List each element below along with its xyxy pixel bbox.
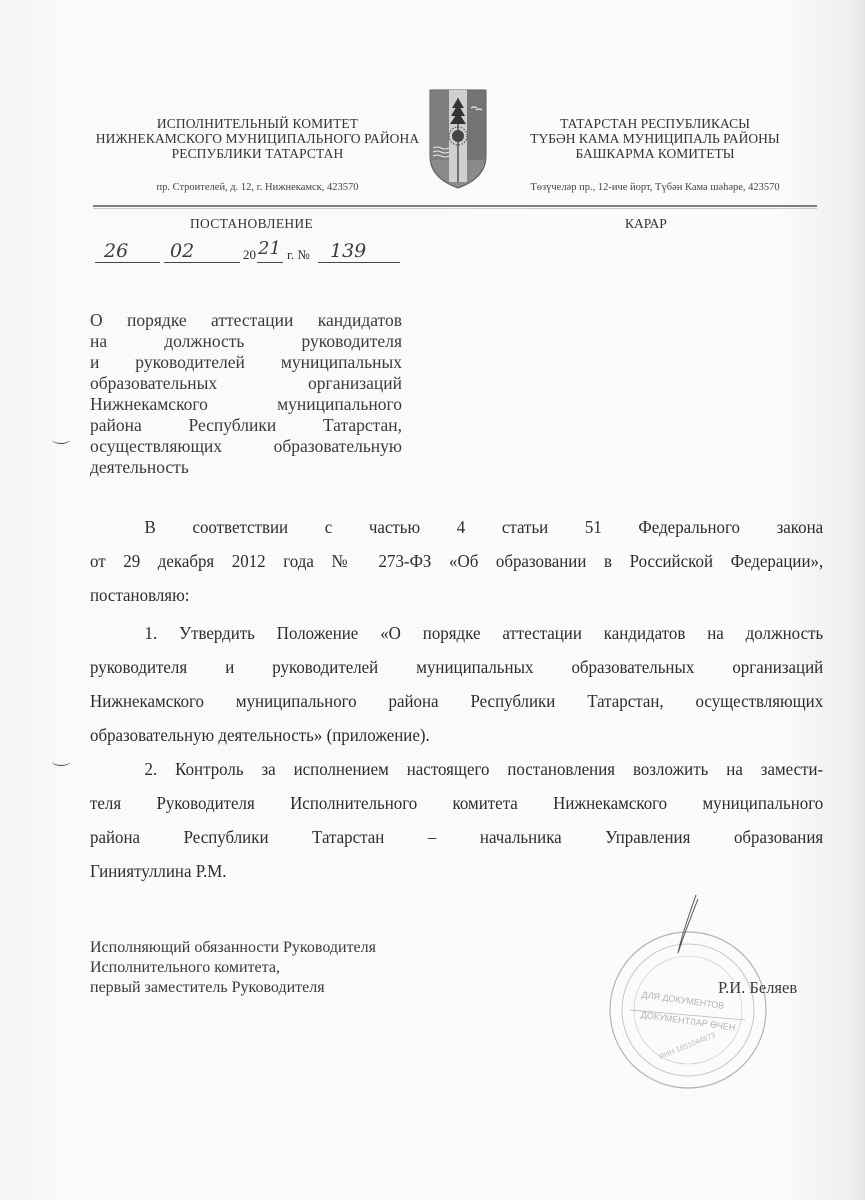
signatory-position: Исполняющий обязанности Руководителя Исп…: [90, 938, 376, 998]
item-line: 2. Контроль за исполнением настоящего по…: [90, 752, 823, 786]
org-line: РЕСПУБЛИКИ ТАТАРСТАН: [95, 146, 420, 161]
svg-text:ДОКУМЕНТЛАР ӨЧЕН: ДОКУМЕНТЛАР ӨЧЕН: [640, 1010, 736, 1033]
header-left-org: ИСПОЛНИТЕЛЬНЫЙ КОМИТЕТ НИЖНЕКАМСКОГО МУН…: [95, 116, 420, 161]
subject-line: О порядке аттестации кандидатов: [90, 310, 402, 331]
item-2: 2. Контроль за исполнением настоящего по…: [90, 752, 779, 888]
item-line: района Республики Татарстан – начальника…: [90, 820, 823, 854]
date-day: 26: [104, 240, 128, 262]
punch-hole-mark: [52, 435, 70, 444]
day-underline: [95, 262, 160, 263]
item-line: образовательную деятельность» (приложени…: [90, 718, 823, 752]
subject-line: района Республики Татарстан,: [90, 415, 402, 436]
doc-type-ru: ПОСТАНОВЛЕНИЕ: [190, 216, 313, 232]
doc-type-tt: КАРАР: [625, 216, 667, 232]
org-line: ТАТАРСТАН РЕСПУБЛИКАСЫ: [500, 116, 810, 131]
year-underline: [257, 262, 283, 263]
org-line: БАШКАРМА КОМИТЕТЫ: [500, 146, 810, 161]
preamble-line: постановляю:: [90, 578, 823, 612]
subject-line: на должность руководителя: [90, 331, 402, 352]
preamble-line: В соответствии с частью 4 статьи 51 Феде…: [90, 510, 823, 544]
position-line: Исполнительного комитета,: [90, 958, 376, 978]
position-line: Исполняющий обязанности Руководителя: [90, 938, 376, 958]
preamble-line: от 29 декабря 2012 года № 273-ФЗ «Об обр…: [90, 544, 823, 578]
item-line: 1. Утвердить Положение «О порядке аттест…: [90, 616, 823, 650]
header-divider-thin: [93, 208, 817, 209]
svg-text:ДЛЯ ДОКУМЕНТОВ: ДЛЯ ДОКУМЕНТОВ: [641, 989, 725, 1010]
handwritten-signature-icon: [672, 893, 702, 963]
org-line: ИСПОЛНИТЕЛЬНЫЙ КОМИТЕТ: [95, 116, 420, 131]
item-line: Нижнекамского муниципального района Респ…: [90, 684, 823, 718]
scan-edge: [847, 0, 865, 1200]
item-line: руководителя и руководителей муниципальн…: [90, 650, 823, 684]
org-line: ТҮБӘН КАМА МУНИЦИПАЛЬ РАЙОНЫ: [500, 131, 810, 146]
subject-line: образовательных организаций: [90, 373, 402, 394]
number-underline: [318, 262, 400, 263]
svg-text:ИНН 1651044673: ИНН 1651044673: [658, 1030, 717, 1061]
date-month: 02: [170, 240, 194, 262]
position-line: первый заместитель Руководителя: [90, 978, 376, 998]
item-line: теля Руководителя Исполнительного комите…: [90, 786, 823, 820]
header-right-org: ТАТАРСТАН РЕСПУБЛИКАСЫ ТҮБӘН КАМА МУНИЦИ…: [500, 116, 810, 161]
header-divider: [93, 205, 817, 207]
subject-line: осуществляющих образовательную: [90, 436, 402, 457]
item-1: 1. Утвердить Положение «О порядке аттест…: [90, 616, 779, 752]
address-left: пр. Строителей, д. 12, г. Нижнекамск, 42…: [95, 182, 420, 193]
preamble: В соответствии с частью 4 статьи 51 Феде…: [90, 510, 779, 612]
month-underline: [164, 262, 240, 263]
year-prefix: 20: [243, 247, 256, 263]
document-subject: О порядке аттестации кандидатов на должн…: [90, 310, 402, 478]
year-suffix: 21: [258, 238, 281, 259]
number-label: г. №: [287, 247, 310, 263]
subject-line: деятельность: [90, 457, 402, 478]
signatory-name: Р.И. Беляев: [718, 978, 797, 998]
address-right: Төзүчеләр пр., 12-иче йорт, Түбән Кама ш…: [500, 182, 810, 193]
doc-number: 139: [330, 240, 366, 262]
org-line: НИЖНЕКАМСКОГО МУНИЦИПАЛЬНОГО РАЙОНА: [95, 131, 420, 146]
subject-line: и руководителей муниципальных: [90, 352, 402, 373]
item-line: Гиниятуллина Р.М.: [90, 854, 823, 888]
punch-hole-mark: [52, 757, 70, 766]
subject-line: Нижнекамского муниципального: [90, 394, 402, 415]
coat-of-arms-icon: [427, 86, 489, 190]
